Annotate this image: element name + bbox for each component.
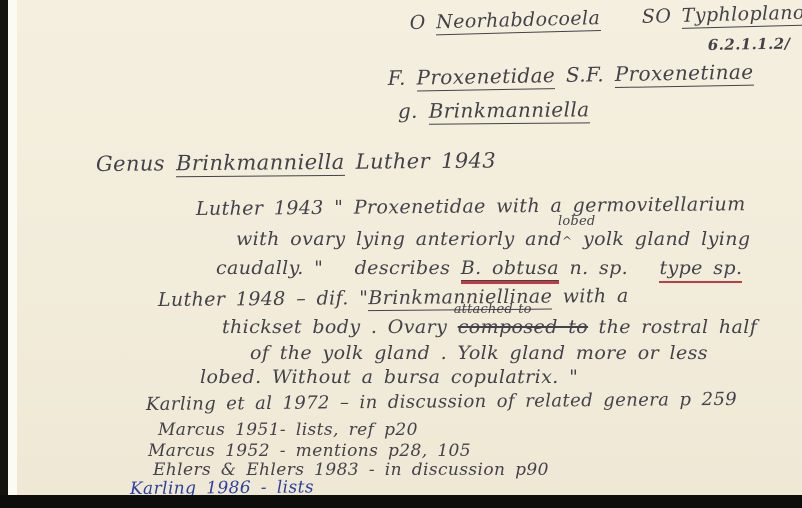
quote-1948-text-b: thickset body . Ovary [222,316,447,338]
struck-word: composed to [458,316,588,338]
reference-line-marcus-1951: Marcus 1951- lists, ref p20 [158,420,418,440]
subfamily-prefix: S.F. [566,62,604,87]
luther-1943-quote-start: " Proxenetidae with a germovitellarium [334,193,746,219]
new-species-abbrev: n. sp. [569,257,628,279]
scan-bottom-edge [0,495,802,508]
genus-title-line: Genus Brinkmanniella Luther 1943 [96,149,496,176]
suborder-prefix: SO [642,5,672,28]
card-margin-strip [8,0,17,495]
genus-abbrev-line: g. Brinkmanniella [398,97,590,123]
species-name: B. obtusa [461,257,559,281]
reference-line-marcus-1952: Marcus 1952 - mentions p28, 105 [148,441,471,461]
reference-line-ehlers-1983: Ehlers & Ehlers 1983 - in discussion p90 [153,460,549,480]
quote-text-a: with ovary lying anteriorly and [236,228,562,250]
suborder-name: Typhloplanoida [681,1,802,29]
correction-group: composed toattached to [458,316,588,338]
luther-1948-citation: Luther 1948 – dif. " [158,287,369,311]
luther-1943-citation: Luther 1943 [196,197,324,220]
describes-label: describes [355,257,451,279]
catalog-code: 6.2.1.1.2/ [708,35,791,54]
family-line: F. Proxenetidae S.F. Proxenetinae [388,60,754,90]
quote-text-b: yolk gland lying [583,228,751,250]
caret-mark: ^ [562,234,572,248]
luther-1948-quote-line-4: lobed. Without a bursa copulatrix. " [200,366,578,388]
inserted-word-attached: attached to [454,302,532,317]
subfamily-name: Proxenetinae [615,60,754,88]
family-name: Proxenetidae [416,63,555,91]
inserted-word-lobed: lobed [558,214,595,229]
family-prefix: F. [388,66,406,90]
order-prefix: O [409,12,426,34]
quote-text-end: caudally. " [216,257,323,279]
order-name: Neorhabdocoela [436,7,601,35]
scanned-index-card: O Neorhabdocoela SO Typhloplanoida 6.2.1… [0,0,802,508]
insertion-point: ^lobed [562,228,572,250]
quote-1948-text-c: the rostral half [599,316,758,338]
luther-1943-quote-line-3: caudally. " describes B. obtusa n. sp. t… [216,257,742,279]
genus-title-label: Genus [96,151,165,176]
type-species-label: type sp. [659,257,742,283]
quote-1948-text-a: with a [563,285,629,308]
luther-1948-quote-line-1: Luther 1948 – dif. "Brinkmanniellinae wi… [158,285,629,311]
genus-name-header: Brinkmanniella [429,97,590,124]
luther-1948-quote-line-2: thickset body . Ovary composed toattache… [222,316,757,338]
genus-prefix: g. [398,99,418,123]
luther-1948-quote-line-3: of the yolk gland . Yolk gland more or l… [250,342,708,364]
luther-1943-quote-line-2: with ovary lying anteriorly and^lobed yo… [236,228,750,250]
genus-title-author: Luther 1943 [356,149,497,174]
genus-title-name: Brinkmanniella [176,150,345,177]
